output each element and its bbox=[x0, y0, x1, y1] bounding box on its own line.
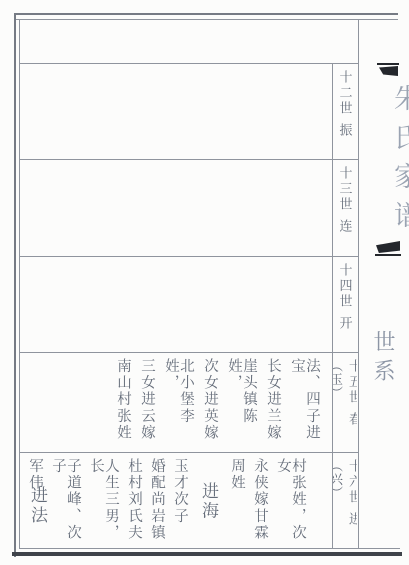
generation-name: 连 bbox=[338, 219, 353, 233]
banner-top-wedge-ornament bbox=[379, 66, 398, 76]
page-border-outer-left bbox=[14, 13, 17, 557]
entry-text-column: 北小堡李姓， bbox=[163, 358, 193, 452]
generation-label: 十四世 bbox=[338, 263, 353, 310]
banner-bottom-wedge-ornament bbox=[376, 241, 400, 253]
generation-label: 十六世 bbox=[347, 459, 357, 506]
entry-row-16th-generation: 村张姓，次女永侠嫁甘霖周姓进海玉才次子婚配尚岩镇杜村刘氏夫人生三男，长子道峰、次… bbox=[21, 452, 332, 548]
person-name-standalone: 进法 bbox=[28, 486, 46, 526]
genealogy-scan-page: 十二世振 十三世连 十四世开 十五世春（玉） 十六世进（兴） 法、四子进宝长女进… bbox=[0, 0, 409, 565]
generation-name: 振 bbox=[338, 123, 353, 137]
row-divider-2 bbox=[19, 256, 359, 257]
page-border-inner-left bbox=[19, 19, 20, 549]
generation-name: 开 bbox=[338, 316, 353, 330]
generation-label: 十二世 bbox=[338, 70, 353, 117]
section-caption-lineage: 世系 bbox=[371, 330, 395, 388]
book-title-calligraphy: 朱氏家谱 bbox=[391, 84, 409, 240]
entry-text-column: 杜村刘氏夫 bbox=[126, 458, 141, 542]
entry-text-column: 崖头镇陈姓， bbox=[226, 358, 256, 452]
page-border-outer-top bbox=[14, 13, 398, 16]
banner-bottom-rule-ornament bbox=[375, 254, 401, 256]
entry-text-column: 周姓 bbox=[229, 458, 244, 491]
entry-text-column: 人生三男，长 bbox=[88, 458, 118, 548]
entry-text-column: 长女进兰嫁 bbox=[265, 358, 280, 442]
entry-text-column: 子道峰、次子 bbox=[50, 458, 80, 548]
table-header-strip-divider bbox=[19, 63, 359, 64]
entry-text-column: 永侠嫁甘霖 bbox=[252, 458, 267, 542]
generation-label: 十五世 bbox=[347, 359, 357, 406]
entry-text-column: 南山村张姓 bbox=[115, 358, 130, 442]
entry-text-column: 三女进云嫁 bbox=[139, 358, 154, 442]
generation-cell-13: 十三世连 bbox=[333, 159, 357, 256]
generation-label: 十三世 bbox=[338, 166, 353, 213]
entry-text-column: 次女进英嫁 bbox=[202, 358, 217, 442]
row-divider-1 bbox=[19, 159, 359, 160]
page-border-outer-bottom bbox=[12, 552, 402, 556]
generation-cell-12: 十二世振 bbox=[333, 63, 357, 159]
entry-text-column: 村张姓，次女 bbox=[275, 458, 305, 548]
page-border-inner-top bbox=[14, 19, 398, 20]
person-name-column: 进海 bbox=[199, 458, 217, 521]
banner-top-rule-ornament bbox=[377, 63, 399, 65]
table-right-border bbox=[358, 19, 359, 549]
generation-cell-14: 十四世开 bbox=[333, 256, 357, 352]
entry-text-column: 婚配尚岩镇 bbox=[149, 458, 164, 542]
generation-cell-15: 十五世春（玉） bbox=[333, 352, 357, 452]
entry-text-column: 玉才次子 bbox=[172, 458, 187, 525]
generation-cell-16: 十六世进（兴） bbox=[333, 452, 357, 547]
entry-text-column: 法、四子进宝 bbox=[289, 358, 319, 452]
entry-row-15th-generation: 法、四子进宝长女进兰嫁崖头镇陈姓，次女进英嫁北小堡李姓，三女进云嫁南山村张姓 bbox=[21, 353, 332, 452]
